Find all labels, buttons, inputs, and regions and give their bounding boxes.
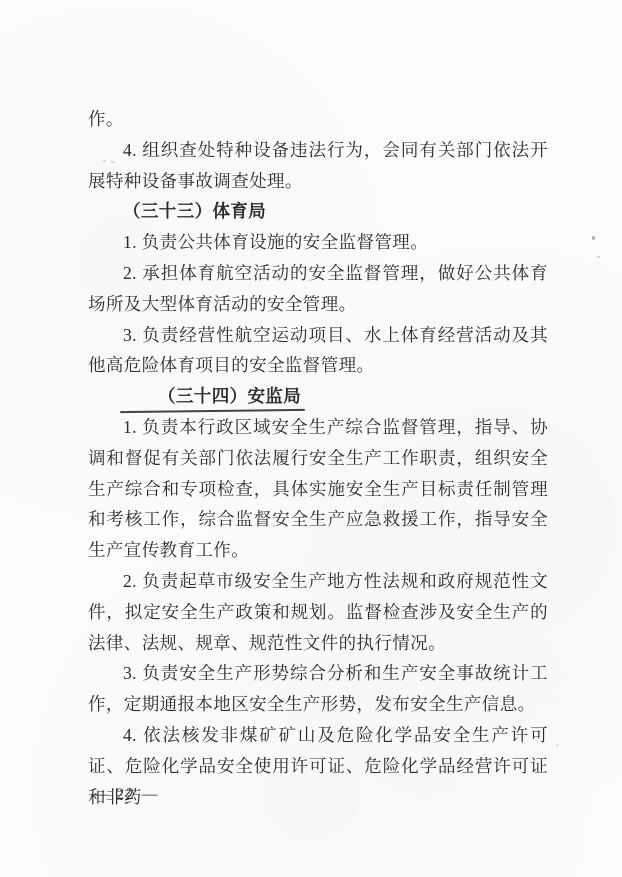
safety-bureau-heading-underlined-text: （三十四）安监局 <box>123 381 301 412</box>
scan-speck <box>592 236 595 240</box>
paragraph-sports-item-1: 1. 负责公共体育设施的安全监督管理。 <box>88 227 548 258</box>
document-body: 作。 4. 组织查处特种设备违法行为，会同有关部门依法开展特种设备事故调查处理。… <box>88 104 548 812</box>
section-heading-sports-bureau: （三十三）体育局 <box>88 196 548 227</box>
section-heading-safety-bureau: （三十四）安监局 <box>88 381 548 412</box>
page-number: — 22 — <box>93 786 159 804</box>
document-page: 作。 4. 组织查处特种设备违法行为，会同有关部门依法开展特种设备事故调查处理。… <box>0 0 622 877</box>
paragraph-special-equipment-item-4: 4. 组织查处特种设备违法行为，会同有关部门依法开展特种设备事故调查处理。 <box>88 135 548 197</box>
scan-speck <box>597 256 600 258</box>
paragraph-sports-item-3: 3. 负责经营性航空运动项目、水上体育经营活动及其他高危险体育项目的安全监督管理… <box>88 320 548 382</box>
paragraph-continuation: 作。 <box>88 104 548 135</box>
paragraph-sports-item-2: 2. 承担体育航空活动的安全监督管理，做好公共体育场所及大型体育活动的安全管理。 <box>88 258 548 320</box>
paragraph-safety-item-1: 1. 负责本行政区域安全生产综合监督管理，指导、协调和督促有关部门依法履行安全生… <box>88 412 548 566</box>
paragraph-safety-item-3: 3. 负责安全生产形势综合分析和生产安全事故统计工作，定期通报本地区安全生产形势… <box>88 658 548 720</box>
paragraph-safety-item-2: 2. 负责起草市级安全生产地方性法规和政府规范性文件，拟定安全生产政策和规划。监… <box>88 566 548 658</box>
scan-speck <box>556 744 559 746</box>
